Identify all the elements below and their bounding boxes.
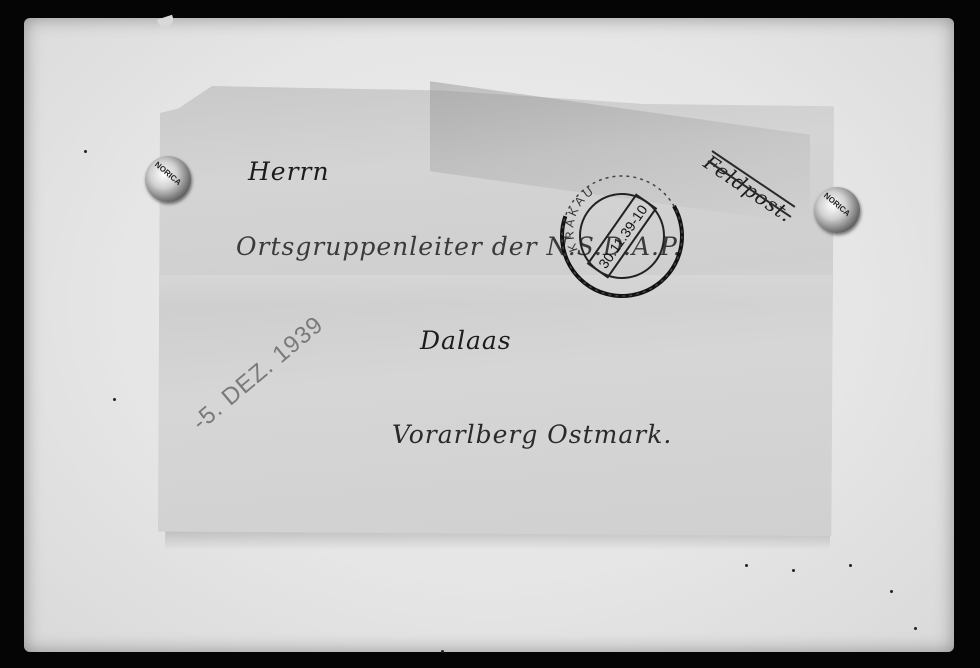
dust-speck — [890, 590, 893, 593]
town: Dalaas — [420, 326, 512, 355]
envelope-fold — [160, 275, 832, 305]
pushpin-left: NORICA — [145, 156, 191, 202]
pin-label: NORICA — [816, 186, 857, 222]
dust-speck — [441, 650, 444, 653]
dust-speck — [113, 398, 116, 401]
dust-speck — [849, 564, 852, 567]
dust-speck — [914, 627, 917, 630]
dust-speck — [745, 564, 748, 567]
pin-label: NORICA — [147, 155, 188, 191]
dust-speck — [84, 150, 87, 153]
pushpin-right: NORICA — [814, 187, 860, 233]
film-frame: Herrn Ortsgruppenleiter der N.S.D.A.P. D… — [0, 0, 980, 668]
salutation: Herrn — [248, 157, 330, 186]
region: Vorarlberg Ostmark. — [392, 420, 672, 449]
postmark-stamp: 30.11.39-10 KRAKAU — [556, 172, 686, 300]
dust-speck — [792, 569, 795, 572]
